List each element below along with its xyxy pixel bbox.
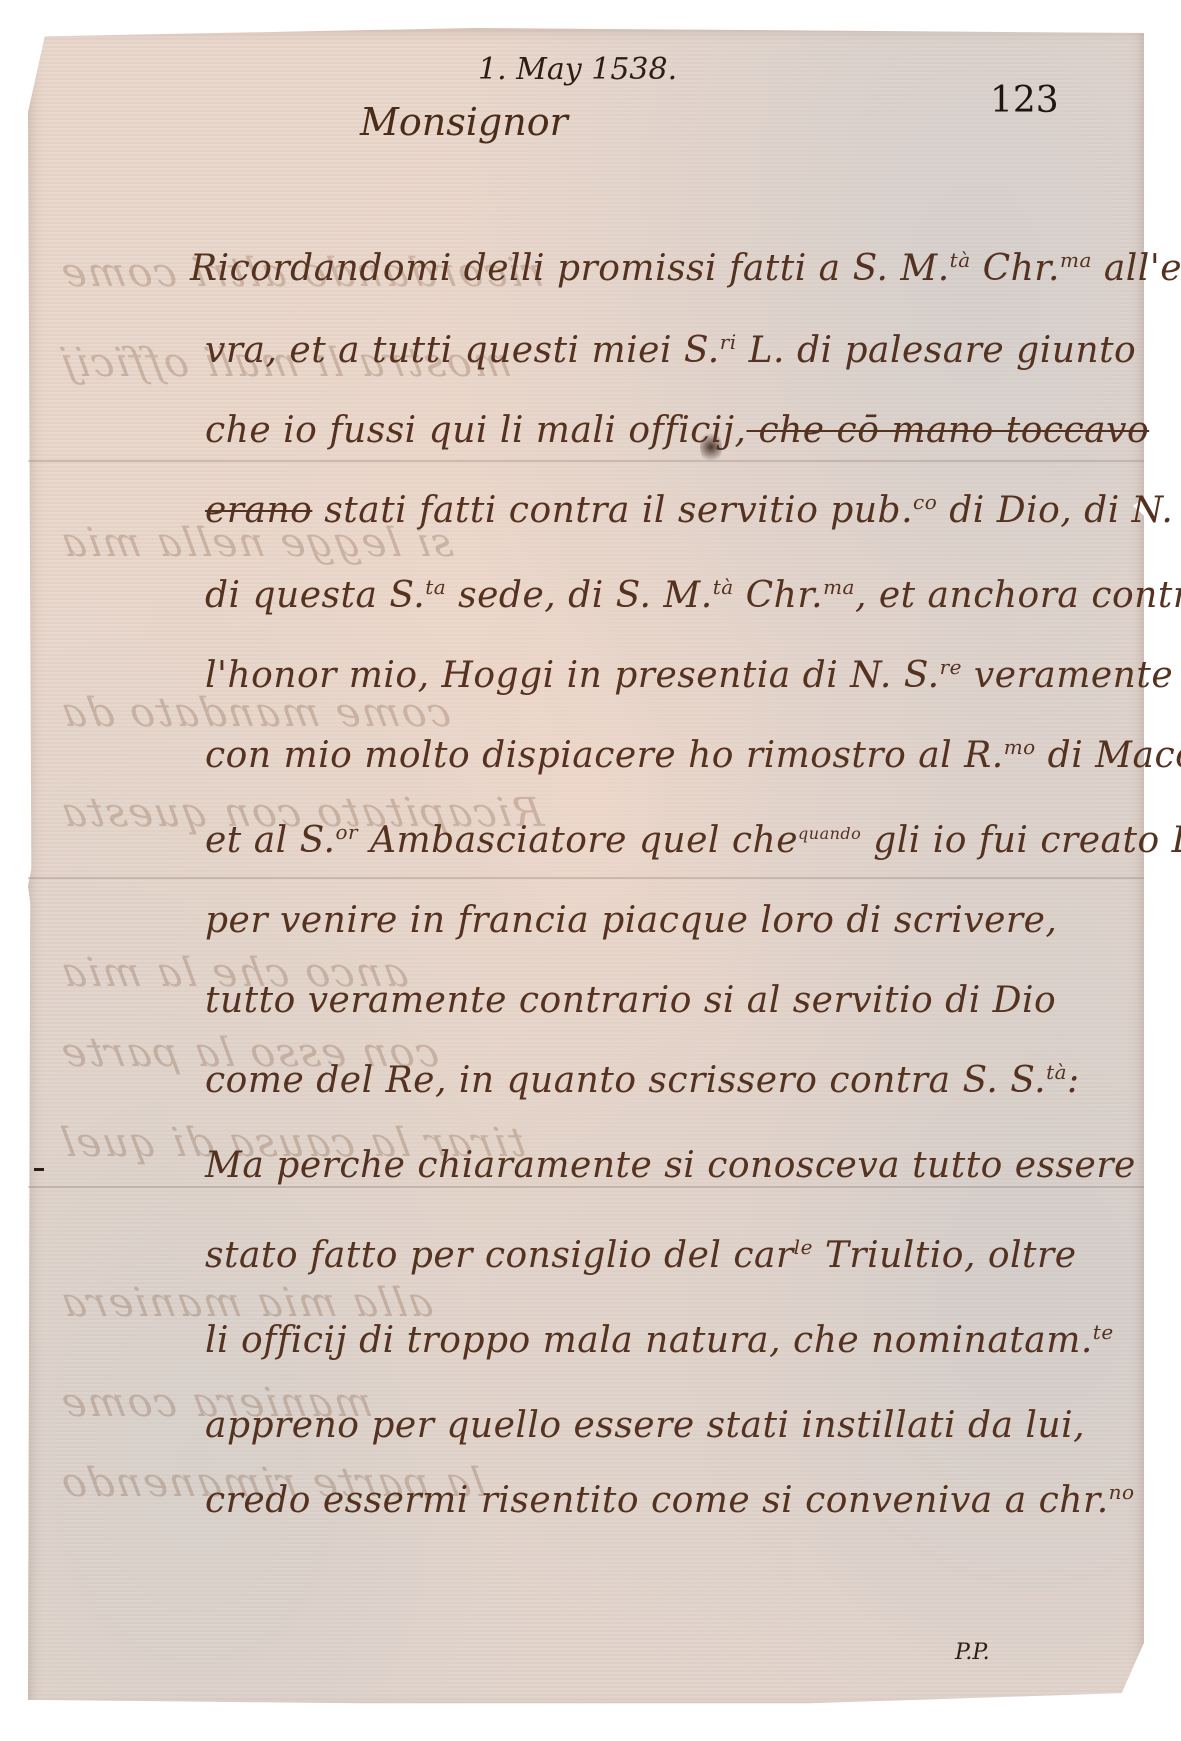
folio-number: 123 bbox=[990, 80, 1059, 121]
letter-line: et al S.or Ambasciatore quel chequando g… bbox=[205, 820, 1181, 861]
letter-line: con mio molto dispiacere ho rimostro al … bbox=[205, 735, 1181, 776]
paper-fold-line bbox=[28, 1186, 1144, 1188]
letter-line: li officij di troppo mala natura, che no… bbox=[205, 1320, 1114, 1361]
letter-line: per venire in francia piacque loro di sc… bbox=[205, 900, 1057, 941]
letter-line: tutto veramente contrario si al servitio… bbox=[205, 980, 1056, 1021]
bleed-through-text: come mandato da bbox=[56, 690, 454, 736]
letter-line: come del Re, in quanto scrissero contra … bbox=[205, 1060, 1080, 1101]
letter-line: erano stati fatti contra il servitio pub… bbox=[205, 490, 1181, 531]
letter-line: di questa S.ta sede, di S. M.tà Chr.ma, … bbox=[205, 575, 1181, 616]
letter-line: che io fussi qui li mali officij, che cō… bbox=[205, 410, 1149, 451]
paper-fold-line bbox=[28, 877, 1144, 879]
letter-line: l'honor mio, Hoggi in presentia di N. S.… bbox=[205, 655, 1173, 696]
footer-initials: P.P. bbox=[955, 1640, 990, 1665]
interlinear-insertion: quando bbox=[798, 824, 861, 843]
letter-line: credo essermi risentito come si conveniv… bbox=[205, 1480, 1135, 1521]
letter-line: appreno per quello essere stati instilla… bbox=[205, 1405, 1085, 1446]
date-annotation: 1. May 1538. bbox=[478, 52, 677, 87]
margin-mark bbox=[34, 1168, 44, 1171]
letter-line: Ricordandomi delli promissi fatti a S. M… bbox=[190, 248, 1181, 289]
struck-text: che cō mano toccavo bbox=[747, 410, 1150, 451]
paper-fold-line bbox=[28, 460, 1144, 462]
letter-line: Ma perche chiaramente si conosceva tutto… bbox=[205, 1145, 1136, 1186]
salutation: Monsignor bbox=[360, 100, 568, 144]
struck-text: erano bbox=[205, 490, 312, 531]
letter-line: vra, et a tutti questi miei S.ri L. di p… bbox=[205, 330, 1136, 371]
letter-line: stato fatto per consiglio del carle Triu… bbox=[205, 1235, 1077, 1276]
